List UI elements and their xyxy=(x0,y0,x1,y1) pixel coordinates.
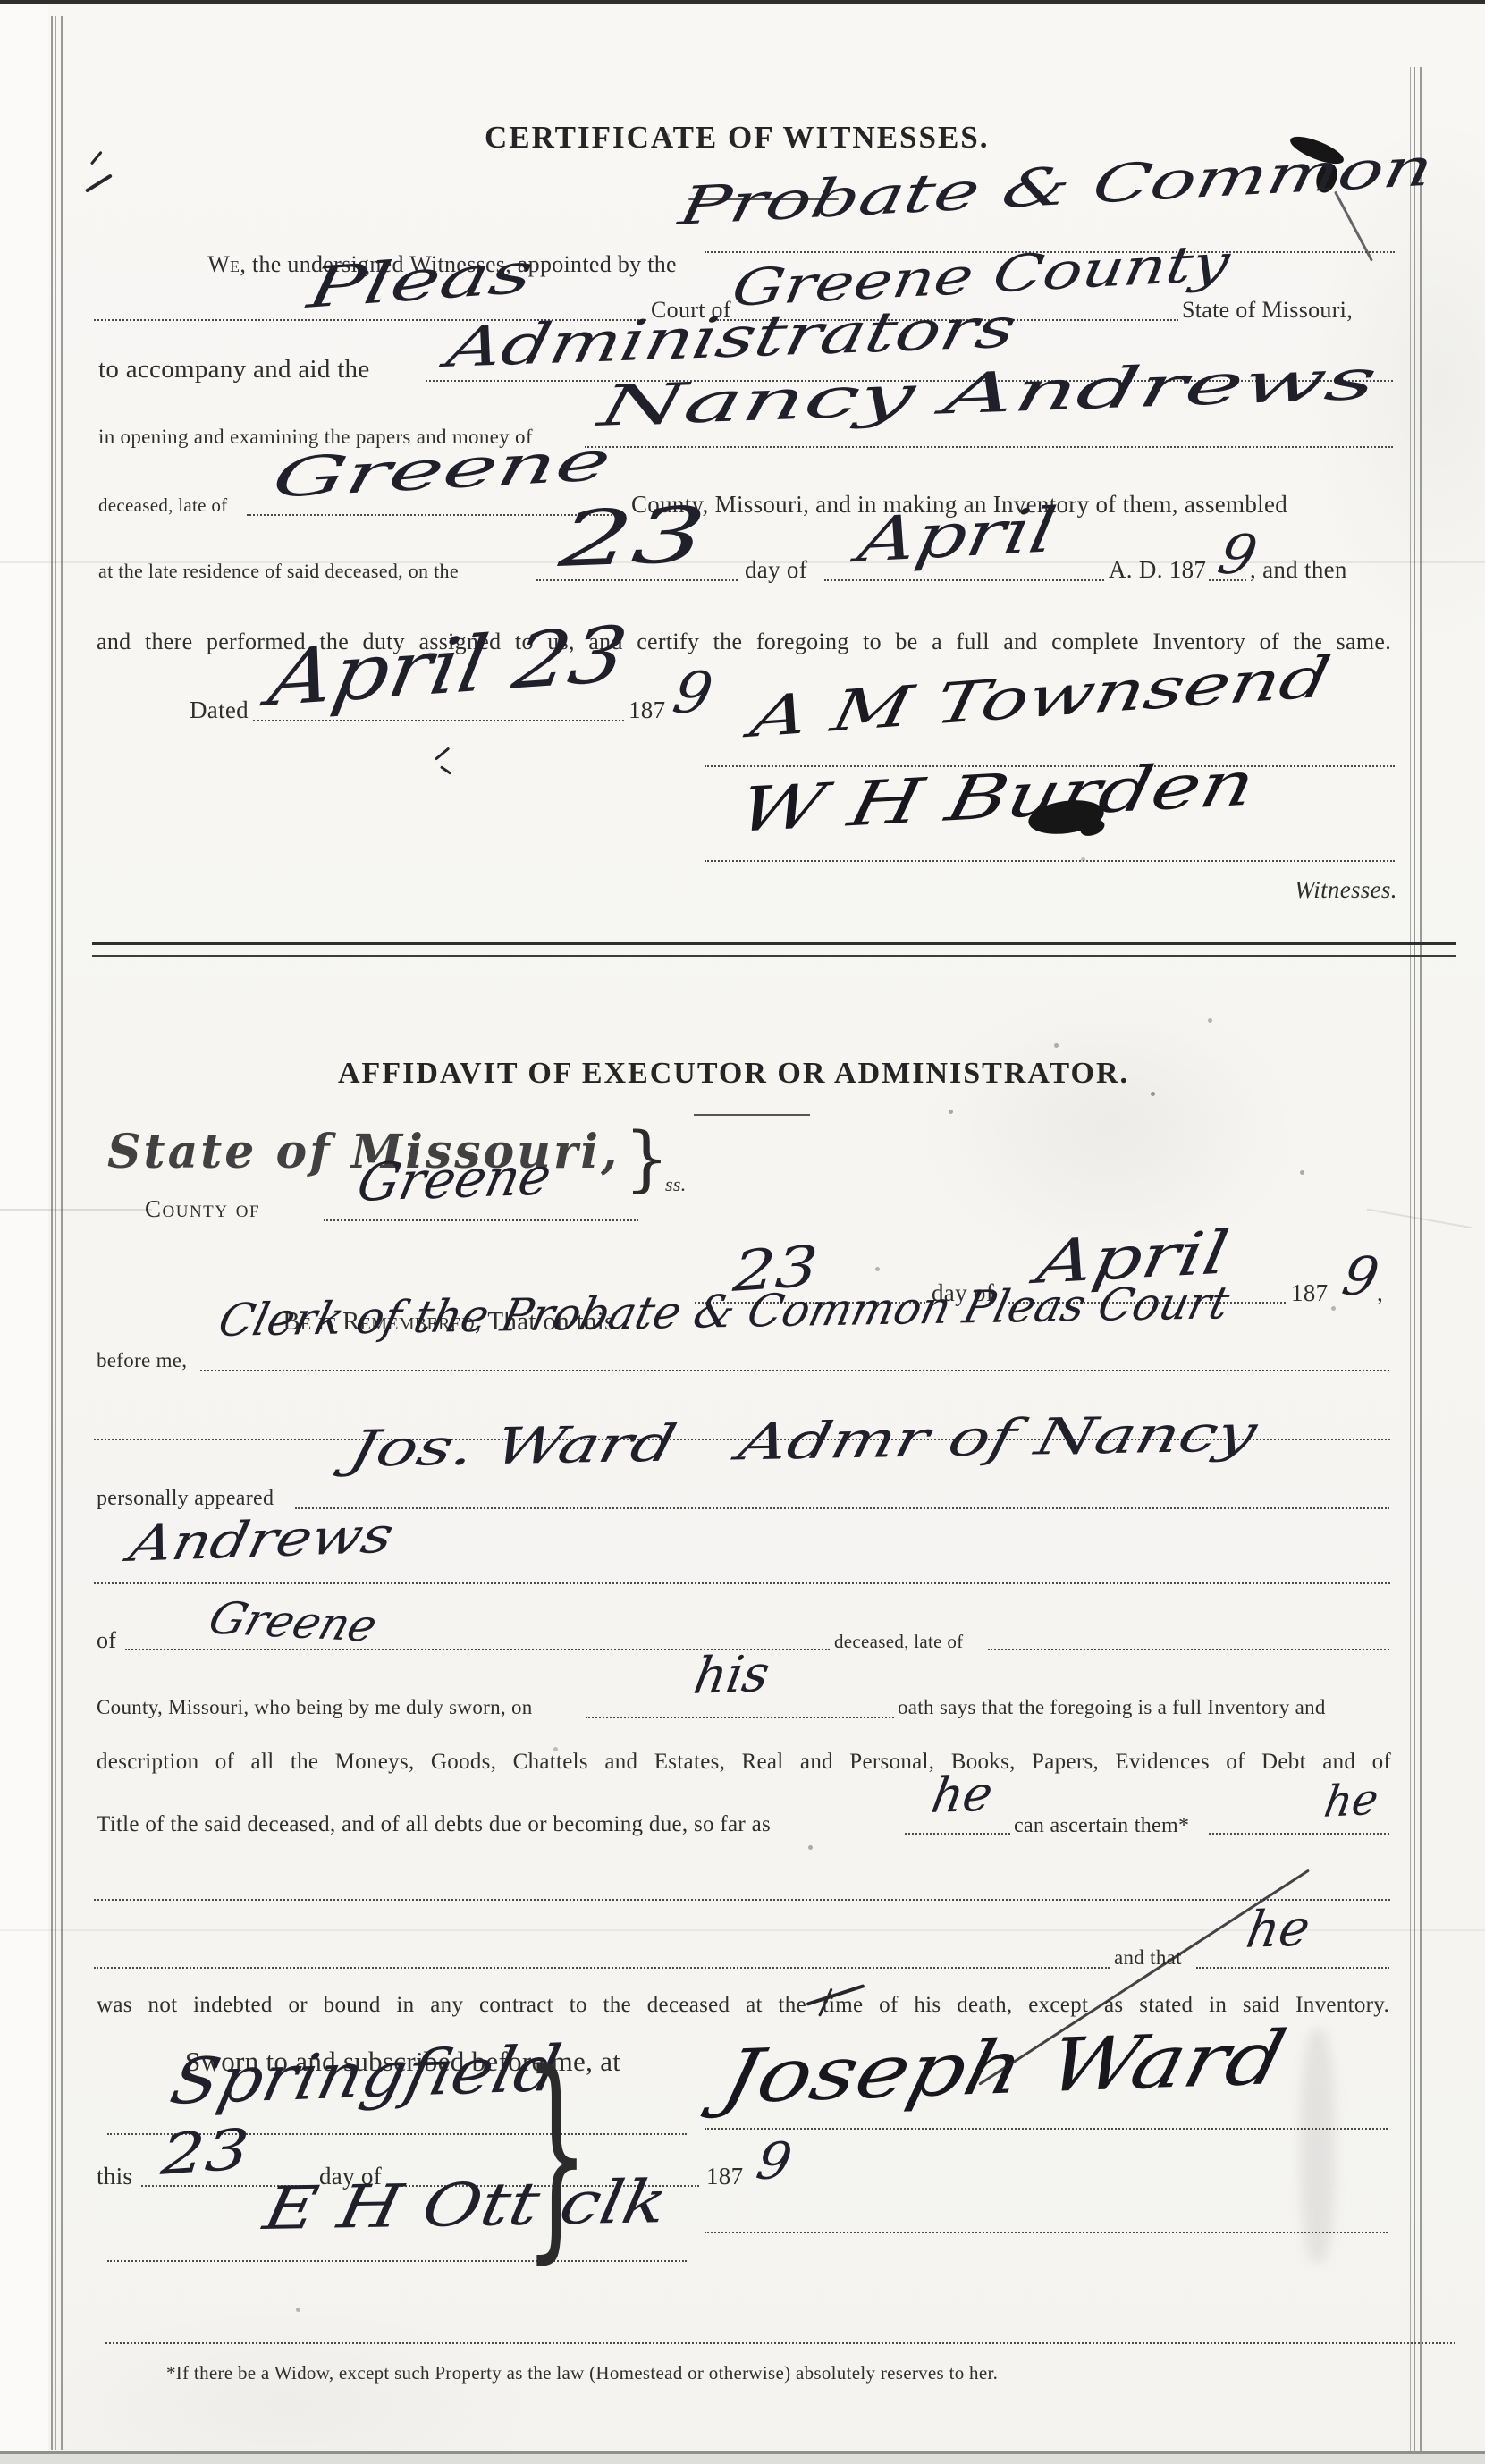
affidavit-title: AFFIDAVIT OF EXECUTOR OR ADMINISTRATOR. xyxy=(338,1057,1129,1091)
label-duly-sworn: County, Missouri, who being by me duly s… xyxy=(97,1696,533,1719)
handwriting-dated-9: 9 xyxy=(669,664,717,724)
label-affidavit-comma: , xyxy=(1377,1279,1383,1307)
blank-appeared-2 xyxy=(94,1582,1390,1584)
blank-month xyxy=(824,579,1104,581)
label-ad-187: A. D. 187 xyxy=(1109,556,1206,584)
handwriting-this-9: 9 xyxy=(753,2135,796,2188)
crease-left-short xyxy=(0,1209,152,1211)
left-margin-rule-2 xyxy=(55,16,56,2450)
label-ss: ss. xyxy=(665,1173,687,1196)
signature-clerk: E H Ott clk xyxy=(259,2173,671,2239)
label-accompany: to accompany and aid the xyxy=(98,355,370,384)
jurat-brace: } xyxy=(524,2046,589,2266)
venue-brace: } xyxy=(624,1123,670,1194)
label-county-of: County of xyxy=(145,1195,260,1223)
handwriting-month-april: April xyxy=(854,501,1060,572)
label-dated-187: 187 xyxy=(629,696,665,724)
label-indebted: was not indebted or bound in any contrac… xyxy=(97,1993,1389,2018)
blank-line-empty-2 xyxy=(94,1899,1390,1901)
left-paper-margin xyxy=(0,4,48,2453)
dated-tick-mark-2 xyxy=(440,765,451,774)
blank-before-me xyxy=(200,1370,1389,1371)
certificate-title: CERTIFICATE OF WITNESSES. xyxy=(485,120,990,156)
left-margin-rule-3 xyxy=(61,16,63,2450)
scan-bottom-strip xyxy=(0,2454,1485,2464)
label-description: description of all the Moneys, Goods, Ch… xyxy=(97,1750,1391,1775)
footnote-widow: *If there be a Widow, except such Proper… xyxy=(166,2362,998,2384)
handwriting-his: his xyxy=(690,1650,773,1702)
handwriting-county-of: Greene xyxy=(353,1150,556,1209)
handwriting-andrews: Andrews xyxy=(125,1510,398,1569)
right-margin-rule-3 xyxy=(1420,67,1422,2452)
right-margin-rule-1 xyxy=(1410,67,1411,2452)
blank-deceased-name xyxy=(585,446,1393,448)
blank-county-of xyxy=(324,1219,638,1221)
label-this-187: 187 xyxy=(706,2163,743,2190)
handwriting-he-2: he xyxy=(1321,1777,1381,1824)
handwriting-day-23: 23 xyxy=(556,497,709,578)
section-divider-top xyxy=(92,942,1456,945)
blank-appeared xyxy=(295,1507,1389,1509)
blank-late-of xyxy=(988,1649,1389,1650)
label-day-of: day of xyxy=(745,556,807,584)
handwriting-this-day-23: 23 xyxy=(159,2122,251,2183)
handwriting-springfield: Springfield xyxy=(165,2037,566,2114)
label-residence: at the late residence of said deceased, … xyxy=(98,560,459,583)
label-title-line: Title of the said deceased, and of all d… xyxy=(97,1812,771,1837)
label-oath-says: oath says that the foregoing is a full I… xyxy=(898,1696,1326,1719)
label-dated: Dated xyxy=(190,696,249,724)
right-smudge xyxy=(1301,2029,1335,2262)
blank-signature-line-2 xyxy=(705,2232,1388,2233)
scanned-document-page: CERTIFICATE OF WITNESSES. We, the unders… xyxy=(0,0,1485,2464)
label-state-of-missouri: State of Missouri, xyxy=(1182,297,1353,324)
handwriting-county: Greene xyxy=(268,435,615,506)
scan-top-edge xyxy=(0,0,1485,4)
signature-townsend: A M Townsend xyxy=(747,649,1335,746)
label-personally-appeared: personally appeared xyxy=(97,1487,274,1511)
handwriting-he: he xyxy=(928,1769,996,1820)
margin-ink-mark-1 xyxy=(85,173,113,192)
handwriting-jos-ward: Jos. Ward Admr of Nancy xyxy=(344,1409,1261,1475)
blank-pronoun-4 xyxy=(1196,1967,1389,1969)
certificate-intro-we: We xyxy=(207,251,240,277)
label-ascertain: can ascertain them* xyxy=(1014,1814,1189,1838)
label-deceased-late-of: deceased, late of xyxy=(834,1631,963,1653)
blank-pronoun-3 xyxy=(1209,1833,1389,1835)
label-affidavit-187: 187 xyxy=(1291,1279,1328,1307)
blank-pronoun xyxy=(586,1717,894,1718)
handwriting-of-greene: Greene xyxy=(204,1596,383,1649)
label-witnesses: Witnesses. xyxy=(1295,876,1397,904)
handwriting-pleas: Pleas xyxy=(304,245,537,316)
left-margin-rule-1 xyxy=(51,16,53,2450)
section-divider-bottom xyxy=(92,955,1456,957)
right-margin-rule-2 xyxy=(1414,67,1415,2452)
label-of: of xyxy=(97,1627,116,1654)
dated-tick-mark xyxy=(435,747,450,760)
affidavit-title-rule xyxy=(694,1114,810,1116)
paper-specks xyxy=(0,0,3,3)
handwriting-he-3: he xyxy=(1243,1903,1313,1956)
witness-signature-line-2 xyxy=(705,860,1395,862)
footer-rule xyxy=(105,2342,1455,2344)
label-before-me: before me, xyxy=(97,1349,187,1372)
blank-pronoun-2 xyxy=(905,1833,1010,1835)
label-this: this xyxy=(97,2163,132,2190)
margin-ink-mark-2 xyxy=(90,151,103,165)
executor-signature-line xyxy=(705,2128,1388,2130)
handwriting-dated-april-23: April 23 xyxy=(264,616,632,718)
label-and-then: , and then xyxy=(1250,556,1347,584)
blank-line-and-that xyxy=(94,1967,1110,1969)
blank-clerk-signature xyxy=(107,2260,687,2262)
label-late-of: deceased, late of xyxy=(98,494,227,517)
